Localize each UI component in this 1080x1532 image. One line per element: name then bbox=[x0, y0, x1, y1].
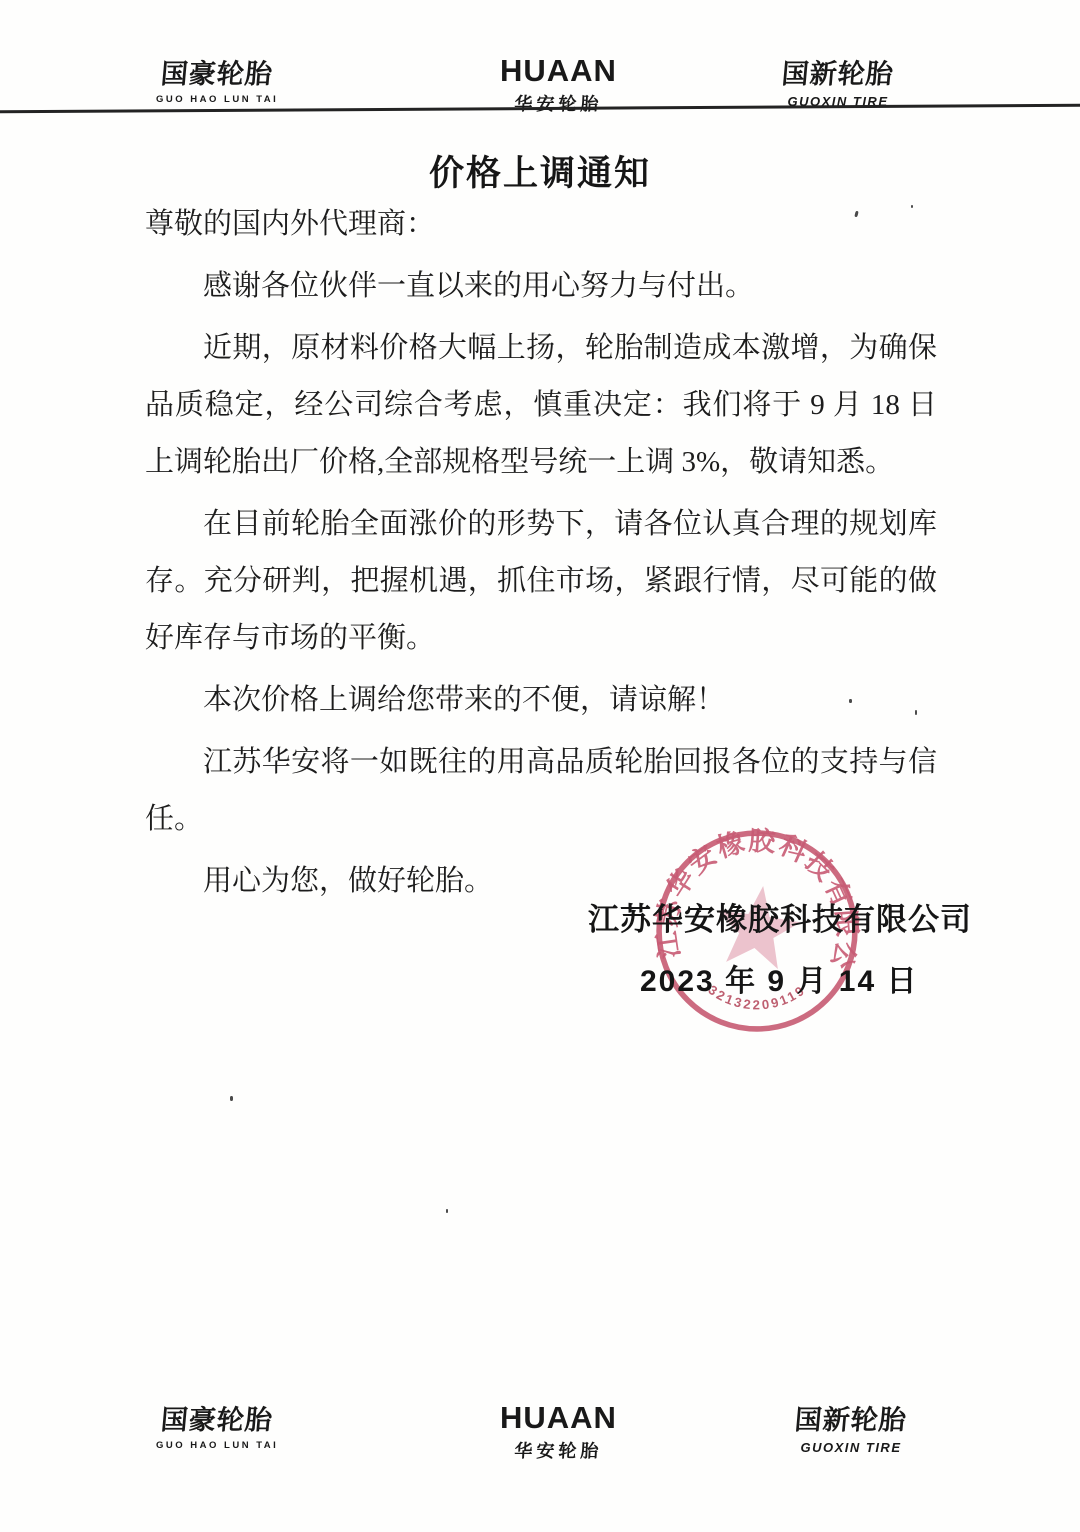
footer-logo-guohao: 国豪轮胎 GUO HAO LUN TAI bbox=[156, 1398, 278, 1451]
scanned-letter-page: 国豪轮胎 GUO HAO LUN TAI HUAAN 华安轮胎 国新轮胎 GUO… bbox=[0, 0, 1080, 1532]
footer-logo-guoxin-wordmark: 国新轮胎 bbox=[793, 1398, 908, 1437]
scan-speck bbox=[911, 205, 913, 208]
scan-speck bbox=[446, 1209, 448, 1213]
logo-guohao-wordmark: 国豪轮胎 bbox=[154, 52, 280, 91]
footer-logo-guohao-subtext: GUO HAO LUN TAI bbox=[156, 1440, 278, 1451]
page-title: 价格上调通知 bbox=[0, 146, 1080, 196]
logo-guohao: 国豪轮胎 GUO HAO LUN TAI bbox=[156, 52, 278, 105]
scan-speck bbox=[849, 699, 852, 703]
signature-date: 2023 年 9 月 14 日 bbox=[640, 956, 918, 1000]
footer-logo-huaan-subtext: 华安轮胎 bbox=[499, 1437, 617, 1463]
logo-huaan-wordmark: HUAAN bbox=[500, 53, 617, 89]
letter-body: 尊敬的国内外代理商：感谢各位伙伴一直以来的用心努力与付出。近期，原材料价格大幅上… bbox=[145, 196, 937, 915]
footer-logo-guohao-wordmark: 国豪轮胎 bbox=[154, 1398, 280, 1437]
body-paragraph: 本次价格上调给您带来的不便，请谅解！ bbox=[145, 672, 937, 729]
body-paragraph: 在目前轮胎全面涨价的形势下，请各位认真合理的规划库存。充分研判，把握机遇，抓住市… bbox=[145, 496, 937, 667]
scan-speck bbox=[915, 710, 917, 715]
scan-speck bbox=[230, 1096, 233, 1101]
footer-logo-guoxin: 国新轮胎 GUOXIN TIRE bbox=[795, 1398, 907, 1455]
signature-company-name: 江苏华安橡胶科技有限公司 bbox=[588, 894, 972, 939]
body-paragraph: 感谢各位伙伴一直以来的用心努力与付出。 bbox=[145, 258, 937, 315]
logo-guohao-subtext: GUO HAO LUN TAI bbox=[156, 94, 278, 105]
body-paragraph: 近期，原材料价格大幅上扬，轮胎制造成本激增，为确保品质稳定，经公司综合考虑，慎重… bbox=[145, 320, 937, 491]
footer-logo-huaan: HUAAN 华安轮胎 bbox=[500, 1400, 617, 1463]
body-paragraph: 尊敬的国内外代理商： bbox=[145, 196, 937, 253]
footer-logo-guoxin-subtext: GUOXIN TIRE bbox=[795, 1440, 907, 1455]
logo-guoxin-wordmark: 国新轮胎 bbox=[780, 52, 895, 91]
logo-huaan-subtext: 华安轮胎 bbox=[499, 90, 617, 116]
footer-logo-huaan-wordmark: HUAAN bbox=[500, 1400, 617, 1436]
logo-guoxin: 国新轮胎 GUOXIN TIRE bbox=[782, 52, 894, 109]
